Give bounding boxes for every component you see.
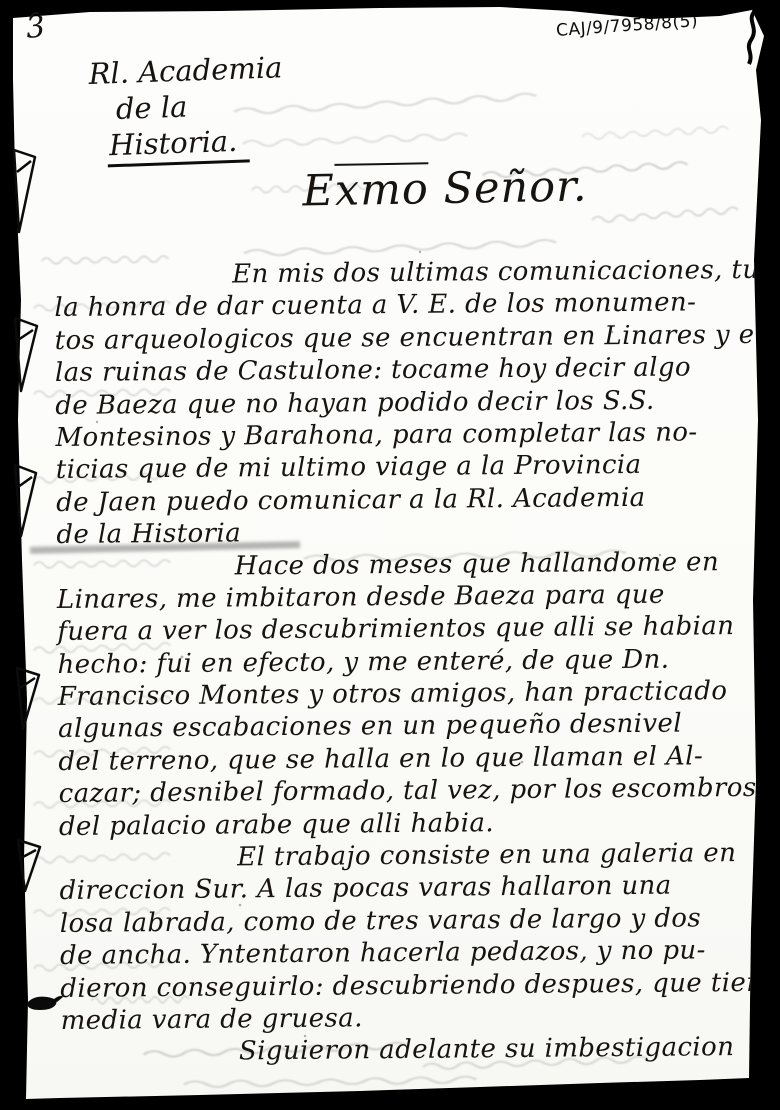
salutation-prefix: E [302, 166, 335, 217]
bleedthrough-mark [580, 121, 731, 143]
letter-line: Montesinos y Barahona, para completar la… [55, 416, 769, 455]
letter-line: las ruinas de Castulone: tocame hoy deci… [55, 351, 769, 390]
letterhead-line-underlined: Historia. [107, 122, 251, 167]
letter-line: Siguieron adelante su imbestigacion [61, 1031, 775, 1070]
salutation: Exmo Señor. [260, 161, 631, 217]
letter-line: cazar; desnibel formado, tal vez, por lo… [59, 772, 773, 811]
letterhead: Rl. Academia de la Historia. [88, 49, 286, 168]
manuscript-page: 3 CAJ/9/7958/8(5) Rl. Academia de la His… [0, 0, 780, 1110]
page-number: 3 [24, 9, 47, 46]
bleedthrough-mark [180, 1071, 480, 1090]
archive-reference: CAJ/9/7958/8(5) [555, 11, 698, 41]
letterhead-line: Rl. Academia [88, 49, 283, 92]
letter-body: En mis dos ultimas comunicaciones, tuvel… [54, 254, 775, 1070]
salutation-rest: Señor. [428, 162, 588, 215]
salutation-abbreviation: xmo [334, 164, 429, 216]
letter-line: dieron conseguirlo: descubriendo despues… [60, 966, 774, 1005]
